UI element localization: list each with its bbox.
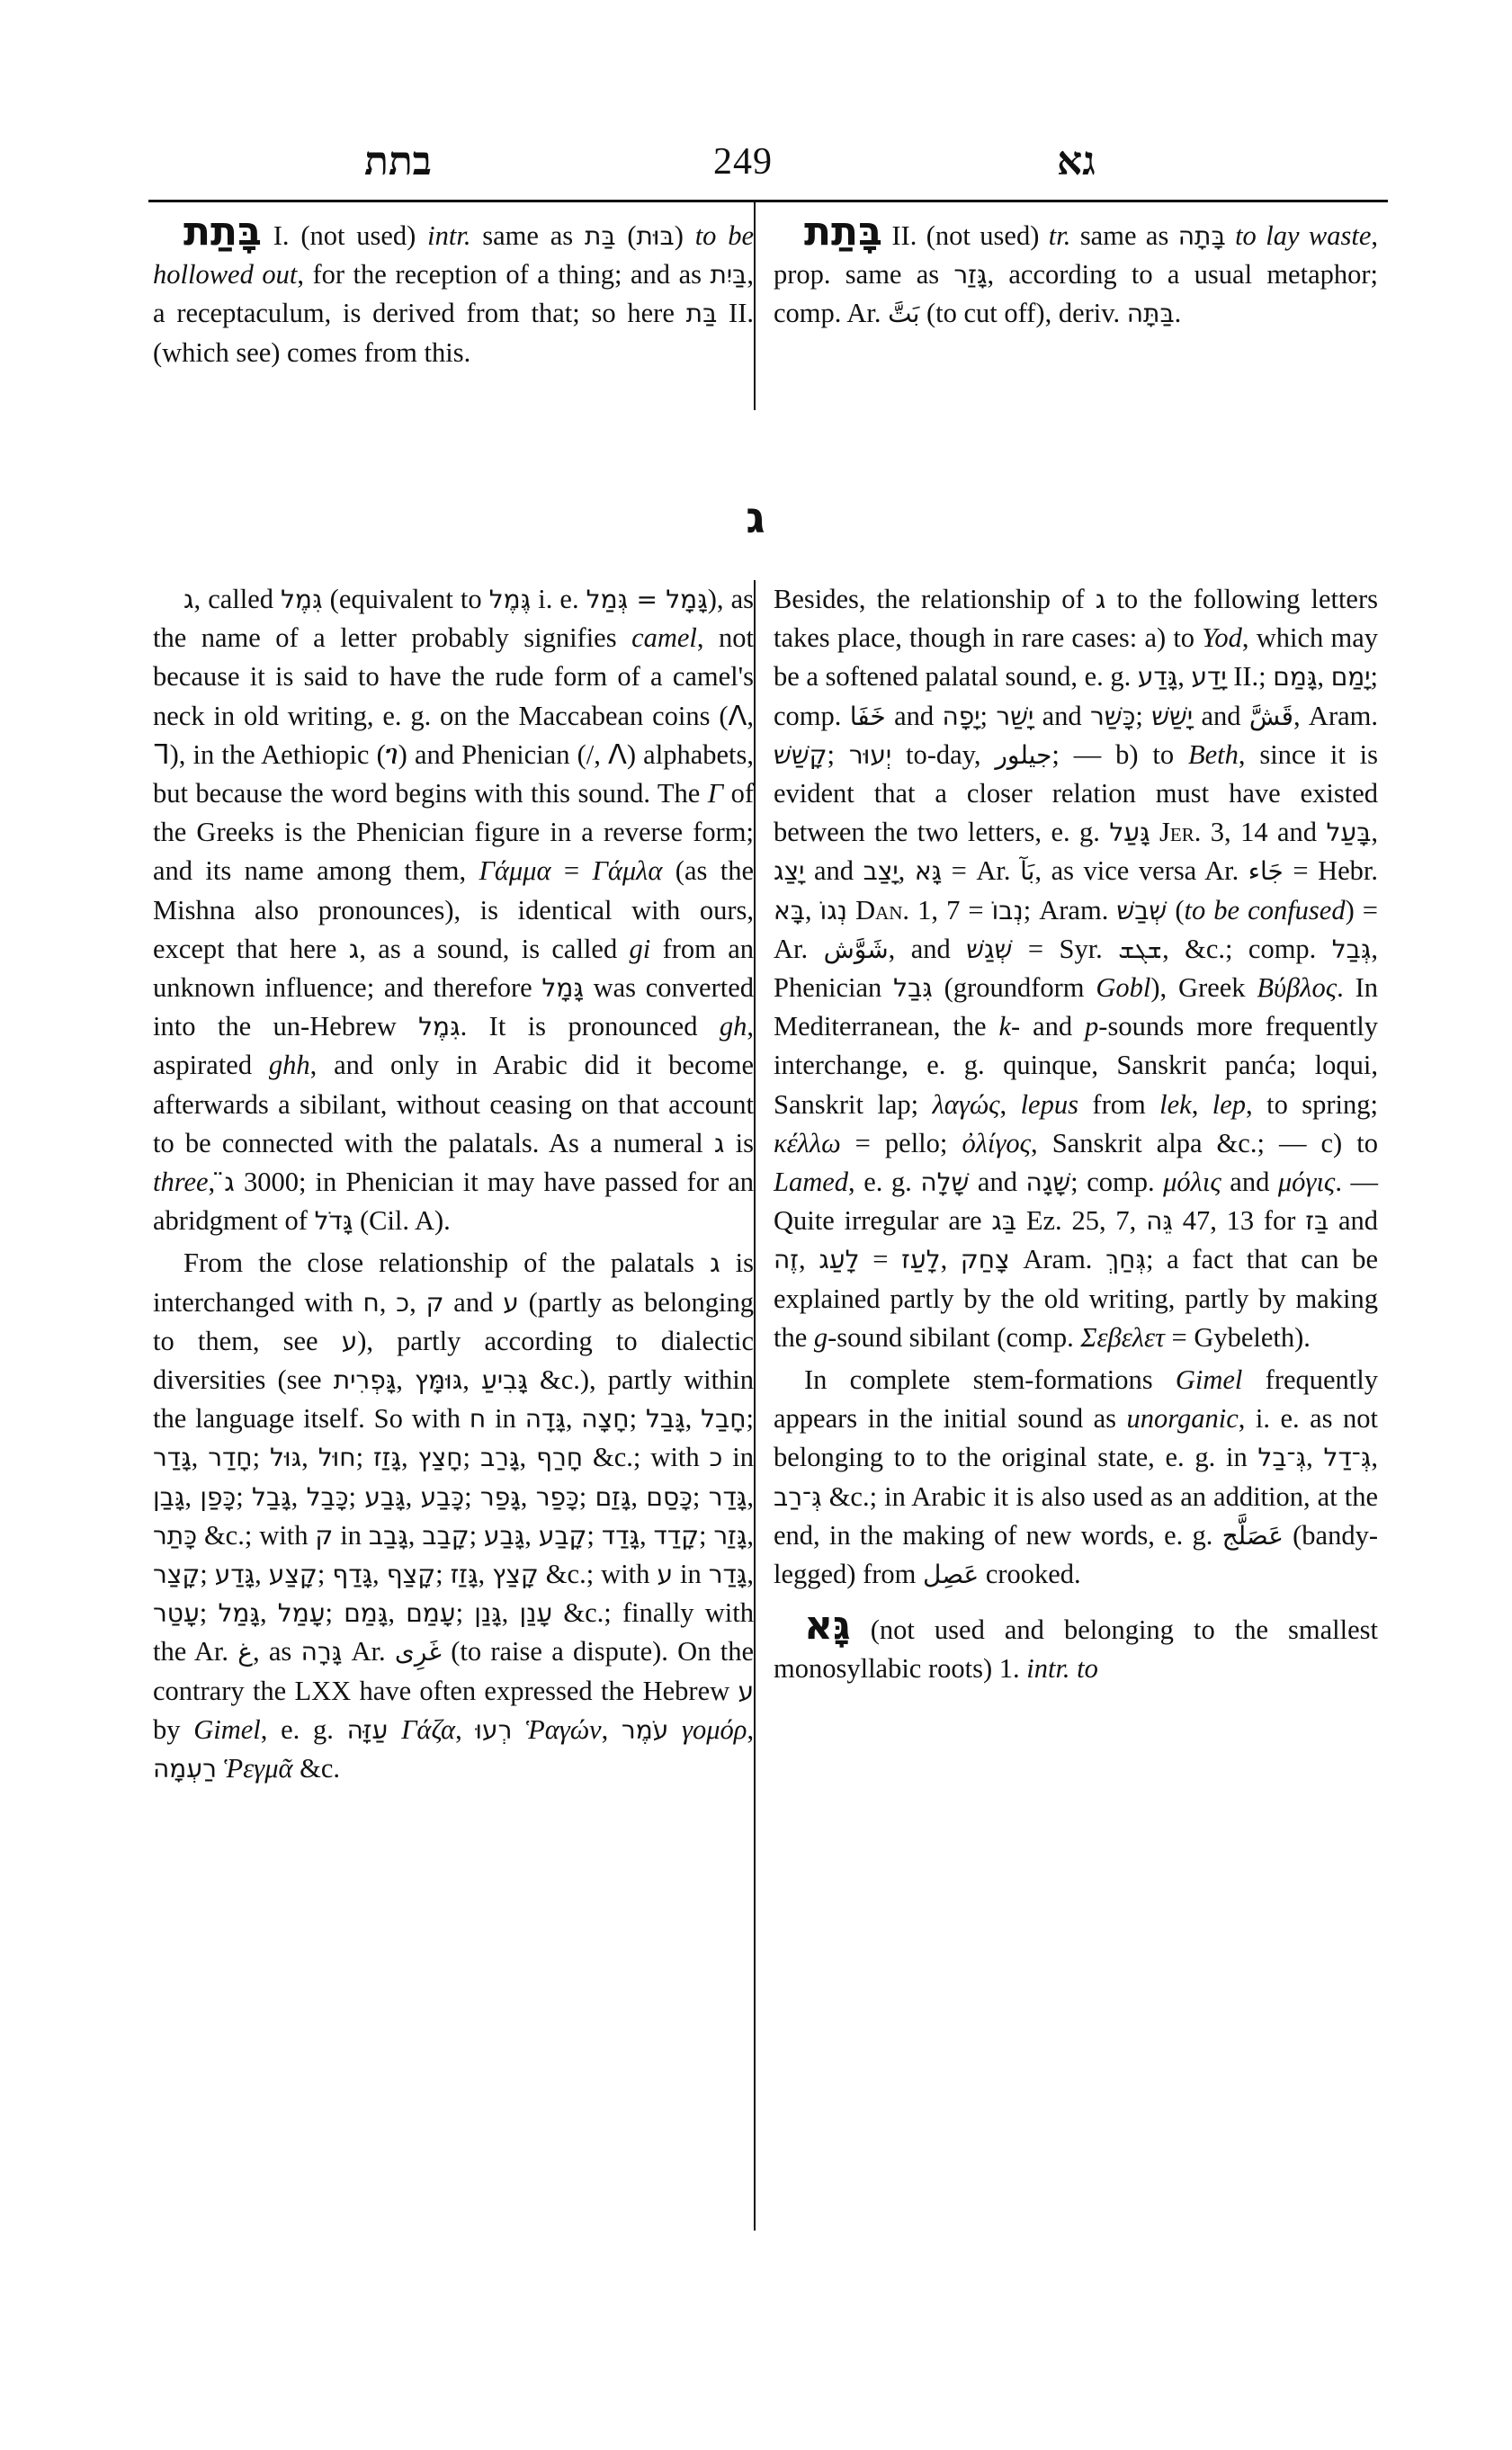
dictionary-page: בתת 249 גא בָּתַת I. (not used) intr. sa…	[0, 0, 1512, 2450]
italic-text: Gobl	[1096, 972, 1150, 1003]
hebrew-word: בָּעַל	[1326, 818, 1371, 847]
text-run	[388, 1714, 401, 1745]
text-run: ,	[301, 1442, 318, 1472]
hebrew-word: יָשַׁשׁ	[1151, 702, 1193, 731]
greek-word: κέλλω	[774, 1128, 841, 1158]
text-run: - and	[1011, 1011, 1085, 1042]
hebrew-word: ג	[349, 934, 360, 964]
hebrew-word: ח	[362, 1288, 379, 1318]
text-run: ,	[209, 1167, 225, 1197]
paragraph: גָּא (not used and belonging to the smal…	[774, 1606, 1378, 1688]
text-run	[1226, 220, 1235, 251]
italic-text: lek	[1159, 1089, 1192, 1120]
text-run: ,	[640, 1520, 654, 1551]
hebrew-word: גָּזַר	[953, 260, 987, 290]
hebrew-word: נְבוֹ	[992, 896, 1024, 925]
text-run: ,	[455, 1714, 475, 1745]
arabic-word: خَفَا	[850, 702, 886, 731]
hebrew-word: גָּזַר	[713, 1521, 747, 1551]
text-run	[847, 895, 855, 925]
italic-text: three	[153, 1167, 209, 1197]
arabic-word: غ	[237, 1637, 253, 1667]
text-run: ,	[406, 1481, 421, 1512]
hebrew-word: ק	[315, 1521, 333, 1551]
hebrew-word: שָׁגָה	[1026, 1167, 1071, 1197]
greek-word: γομόρ	[682, 1714, 747, 1745]
text-run: ,	[520, 1442, 537, 1472]
text-run: Besides, the relationship of	[774, 584, 1096, 614]
hebrew-word: קָבַב	[422, 1521, 469, 1551]
hebrew-word: גָּבִיעַ	[481, 1365, 528, 1395]
hebrew-word: כָּפַן	[200, 1482, 236, 1512]
hebrew-word: עָטַר	[153, 1598, 200, 1628]
text-run: =	[551, 855, 593, 886]
text-run	[217, 1753, 224, 1784]
text-run: ,	[941, 1244, 961, 1274]
hebrew-word: חוּל	[318, 1443, 356, 1472]
text-run: and	[443, 1287, 503, 1318]
hebrew-word: זֶה	[774, 1245, 799, 1274]
greek-word: Ῥεγμᾶ	[224, 1753, 293, 1784]
text-run: ; — b) to	[1051, 739, 1188, 770]
greek-word: Γάζα	[401, 1714, 455, 1745]
hebrew-word: בָּא	[774, 896, 805, 925]
greek-word: μόγις	[1278, 1167, 1335, 1197]
hebrew-word: שְׁבַשׁ	[1116, 896, 1167, 925]
text-run: II. (not used)	[882, 220, 1049, 251]
text-run: , Sanskrit alpa &c.; — c) to	[1031, 1128, 1378, 1158]
hebrew-word: גֵּה	[1146, 1206, 1173, 1236]
entry-headword: בָּתַת	[183, 209, 262, 255]
text-run: ,	[409, 1287, 426, 1318]
hebrew-word: גָּבַן	[153, 1482, 184, 1512]
hebrew-word: גָּדַר	[153, 1443, 192, 1472]
text-run: ,	[1371, 817, 1378, 847]
text-run	[512, 1714, 525, 1745]
entry-paragraph: בָּתַת I. (not used) intr. same as בַּת …	[153, 212, 754, 372]
hebrew-word: גָּדַר	[709, 1482, 747, 1512]
hebrew-word: קָדַד	[654, 1521, 699, 1551]
text-run: and	[1033, 701, 1090, 731]
hebrew-word: ג	[710, 1248, 720, 1278]
hebrew-word: גָּזַם	[595, 1482, 631, 1512]
text-run: ,	[479, 1559, 493, 1589]
hebrew-word: גָּבַע	[484, 1521, 524, 1551]
greek-word: Γάμλα	[593, 855, 663, 886]
greek-word: Σεβελετ	[1080, 1322, 1165, 1353]
section-letter-gimel: ג	[720, 493, 792, 543]
paragraph: From the close relationship of the palat…	[153, 1244, 754, 1788]
column-divider-top	[754, 201, 756, 410]
hebrew-word: קָצַר	[153, 1560, 200, 1589]
greek-word: ὀλίγος	[962, 1128, 1031, 1158]
text-run: ;	[349, 1481, 365, 1512]
hebrew-word: ג	[1096, 585, 1106, 614]
text-run	[668, 1714, 682, 1745]
hebrew-word: גְּ־דַל	[1324, 1443, 1372, 1472]
text-run: )	[675, 220, 695, 251]
hebrew-word: גָּדֹל	[315, 1206, 353, 1236]
hebrew-word: גָּבַע	[364, 1482, 405, 1512]
hebrew-word: בַּתָּה	[1127, 299, 1175, 328]
hebrew-word: כָּפַר	[536, 1482, 579, 1512]
hebrew-word: בַּג	[991, 1206, 1016, 1236]
hebrew-word: גְּ־בַל	[1257, 1443, 1306, 1472]
hebrew-word: גִּמֶל	[418, 1012, 460, 1042]
hebrew-word: יָצַב	[863, 856, 899, 886]
text-run: . It is pronounced	[461, 1011, 720, 1042]
text-run: ,	[1371, 1442, 1378, 1472]
right-column: Besides, the relationship of ג to the fo…	[774, 580, 1378, 1689]
italic-text: k	[999, 1011, 1012, 1042]
hebrew-word: נְגוֹ	[820, 896, 847, 925]
hebrew-word: עָמַם	[406, 1598, 455, 1628]
arabic-word: ܫܓܫ	[1118, 934, 1162, 964]
italic-text: to lay waste	[1235, 220, 1371, 251]
hebrew-word: כָּסַם	[646, 1482, 693, 1512]
hebrew-word: גָּמַל	[218, 1598, 259, 1628]
text-run: ;	[630, 1403, 646, 1434]
hebrew-word: יָשַׁר	[996, 702, 1033, 731]
text-run: , as vice versa Ar.	[1034, 855, 1248, 886]
text-run: i. e.	[531, 584, 586, 614]
text-run: ,	[184, 1481, 200, 1512]
hebrew-word: כָּבַל	[307, 1482, 349, 1512]
text-run: ,	[372, 1559, 387, 1589]
arabic-word: جَاء	[1248, 856, 1284, 886]
hebrew-word: גָּא	[915, 856, 942, 886]
text-run: to-day,	[891, 739, 995, 770]
italic-text: gi	[630, 934, 651, 964]
text-run: and	[1221, 1167, 1278, 1197]
text-run: , as a sound, is called	[359, 934, 629, 964]
text-run: ,	[401, 1442, 418, 1472]
text-run: ;	[586, 1520, 601, 1551]
text-run: ;	[200, 1559, 215, 1589]
hebrew-word: עָמַל	[278, 1598, 326, 1628]
text-run: ,	[255, 1559, 269, 1589]
text-run: &c.; with	[583, 1442, 709, 1472]
hebrew-word: שְׁגַשׁ	[966, 934, 1012, 964]
hebrew-word: חָצָה	[581, 1404, 629, 1434]
hebrew-word: ע	[342, 1327, 358, 1356]
hebrew-word: בַּז	[1305, 1206, 1329, 1236]
text-run: ,	[799, 1244, 819, 1274]
hebrew-word: כָּבַע	[421, 1482, 465, 1512]
hebrew-word: כ	[710, 1443, 723, 1472]
hebrew-word: גָּבַל	[252, 1482, 291, 1512]
text-run: ,	[524, 1520, 539, 1551]
hebrew-word: עֹמֶר	[622, 1715, 668, 1745]
text-run: ,	[1192, 1089, 1212, 1120]
hebrew-word: חָדַר	[208, 1443, 252, 1472]
text-run: , e. g.	[848, 1167, 920, 1197]
italic-text: Lamed	[774, 1167, 848, 1197]
hebrew-word: גָּדַד	[602, 1521, 640, 1551]
paragraph: In complete stem-formations Gimel freque…	[774, 1361, 1378, 1594]
hebrew-word: ג	[183, 585, 194, 614]
hebrew-word: עַזָּה	[347, 1715, 389, 1745]
text-run: = pello;	[841, 1128, 962, 1158]
text-run: (Cil. A).	[353, 1205, 450, 1236]
hebrew-word: ע	[657, 1560, 673, 1589]
hebrew-word: יְעוּר	[849, 740, 891, 770]
page-number: 249	[713, 135, 773, 189]
italic-text: camel	[631, 622, 697, 653]
text-run: 47, 13 for	[1173, 1205, 1305, 1236]
text-run: ;	[470, 1520, 484, 1551]
text-run: ;	[1135, 701, 1151, 731]
text-run: , &c.; comp.	[1162, 934, 1332, 964]
text-run: , and	[889, 934, 967, 964]
text-run: ;	[463, 1442, 480, 1472]
text-run: =	[860, 1244, 902, 1274]
text-run: ;	[579, 1481, 595, 1512]
text-run: by	[153, 1714, 193, 1745]
text-run: ; Aram.	[1024, 895, 1117, 925]
text-run: in	[673, 1559, 709, 1589]
hebrew-word: גָּמָל = גְּמַל	[586, 585, 708, 614]
text-run: ;	[699, 1520, 713, 1551]
text-run: (	[616, 220, 637, 251]
text-run: , to spring;	[1246, 1089, 1378, 1120]
hebrew-word: גָּזַז	[373, 1443, 401, 1472]
hebrew-word: גָּנַן	[474, 1598, 501, 1628]
header-left-catchword: בתת	[364, 135, 432, 189]
hebrew-word: גָּעַל	[1109, 818, 1150, 847]
text-run: 3000; in Phenician it may have passed fo…	[153, 1167, 754, 1236]
arabic-word: غَرِى	[395, 1637, 442, 1667]
text-run: same as	[1070, 220, 1177, 251]
entry-headword: בָּתַת	[804, 209, 882, 255]
arabic-word: شَوَّش	[824, 934, 889, 964]
hebrew-word: גָּדַף	[332, 1560, 372, 1589]
text-run: ,	[396, 1364, 415, 1395]
hebrew-word: גָּפַר	[480, 1482, 521, 1512]
hebrew-word: בַּת	[686, 299, 718, 328]
hebrew-word: גּוּל	[270, 1443, 301, 1472]
text-run: (groundform	[933, 972, 1096, 1003]
text-run: ,	[1000, 1089, 1021, 1120]
hebrew-word: גָּמָל	[541, 973, 583, 1003]
hebrew-word: גְּבַל	[1332, 934, 1372, 964]
text-run: and	[1329, 1205, 1378, 1236]
italic-text: unorganic	[1127, 1403, 1239, 1434]
text-run: ,	[291, 1481, 307, 1512]
text-run: same as	[470, 220, 584, 251]
hebrew-word: ג	[714, 1129, 725, 1158]
left-column: ג, called גִּמֶל (equivalent to גֶּמֶל i…	[153, 580, 754, 1788]
greek-word: Βύβλος	[1257, 972, 1337, 1003]
text-run: -sound sibilant (comp.	[828, 1322, 1080, 1353]
text-run: ,	[566, 1403, 582, 1434]
hebrew-word: גָּמַם	[344, 1598, 388, 1628]
italic-text: lep	[1212, 1089, 1246, 1120]
header-right-catchword: גא	[1057, 135, 1096, 189]
italic-text: gh	[720, 1011, 747, 1042]
text-run: ,	[192, 1442, 209, 1472]
text-run: ;	[828, 739, 849, 770]
entry-batat-2: בָּתַת II. (not used) tr. same as בָּתָה…	[774, 212, 1378, 334]
text-run: , called	[194, 584, 282, 614]
text-run: &c.; with	[197, 1520, 315, 1551]
arabic-word: قَشَّ	[1249, 702, 1293, 731]
text-run: = Gybeleth).	[1165, 1322, 1311, 1353]
text-run: Ez. 25, 7,	[1016, 1205, 1146, 1236]
hebrew-word: גָּדַר	[709, 1560, 747, 1589]
column-divider-bottom	[754, 580, 756, 2231]
text-run: = Syr.	[1012, 934, 1118, 964]
text-run: Ar.	[342, 1636, 395, 1667]
text-run: ;	[435, 1559, 451, 1589]
text-run: ,	[899, 855, 915, 886]
hebrew-word: גָּפְרִית	[334, 1365, 397, 1395]
hebrew-word: בַּת	[585, 221, 616, 251]
italic-text: Beth	[1188, 739, 1239, 770]
text-run: ,	[685, 1403, 702, 1434]
text-run: ;	[253, 1442, 270, 1472]
greek-word: Γάμμα	[479, 855, 551, 886]
text-run: ;	[236, 1481, 252, 1512]
entry-paragraph: בָּתַת II. (not used) tr. same as בָּתָה…	[774, 212, 1378, 334]
text-run: , Aram.	[1293, 701, 1378, 731]
text-run: ,	[1177, 661, 1191, 692]
text-run: From the close relationship of the palat…	[183, 1247, 710, 1278]
hebrew-word: יָפָה	[942, 702, 980, 731]
hebrew-word: רַעְמָה	[153, 1754, 217, 1784]
hebrew-word: קָבַע	[539, 1521, 587, 1551]
text-run: ,	[388, 1597, 406, 1628]
hebrew-word: ק	[426, 1288, 444, 1318]
text-run: ;	[980, 701, 997, 731]
text-run: , for the reception of a thing; and as	[297, 259, 710, 290]
text-run: = Hebr.	[1284, 855, 1378, 886]
paragraph: ג, called גִּמֶל (equivalent to גֶּמֶל i…	[153, 580, 754, 1240]
text-run: 1, 7 =	[909, 895, 992, 925]
hebrew-word: גָּרַב	[480, 1443, 520, 1472]
hebrew-word: צָחַק	[961, 1245, 1010, 1274]
text-run: , as	[253, 1636, 301, 1667]
running-header: בתת 249 גא	[148, 135, 1390, 198]
hebrew-word: יָמַם	[1331, 662, 1371, 692]
text-run: ,	[260, 1597, 278, 1628]
text-run: ,	[462, 1364, 481, 1395]
text-run: and	[1193, 701, 1249, 731]
text-run: ;	[356, 1442, 373, 1472]
text-run: ,	[747, 1714, 754, 1745]
hebrew-word: גָּזַז	[451, 1560, 479, 1589]
hebrew-word: חָבַל	[701, 1404, 746, 1434]
hebrew-word: ג̈	[224, 1167, 235, 1197]
hebrew-word: לָעַז	[901, 1245, 940, 1274]
text-run: (equivalent to	[323, 584, 489, 614]
italic-text: ghh	[269, 1050, 310, 1080]
text-run: in	[486, 1403, 525, 1434]
hebrew-word: כ	[396, 1288, 409, 1318]
italic-text: lepus	[1021, 1089, 1078, 1120]
arabic-word: عَصِل	[923, 1560, 979, 1589]
text-run: ,	[631, 1481, 646, 1512]
hebrew-word: יָדַע	[1192, 662, 1227, 692]
text-run	[1150, 817, 1159, 847]
book-reference: Jer.	[1159, 817, 1201, 847]
text-run: and	[886, 701, 943, 731]
text-run: ,	[747, 1481, 754, 1512]
text-run: in	[333, 1520, 369, 1551]
italic-text: Gimel	[1176, 1364, 1243, 1395]
italic-text: tr.	[1049, 220, 1071, 251]
arabic-word: بَآ	[1020, 856, 1034, 886]
hebrew-word: גָּדַע	[1138, 662, 1177, 692]
hebrew-word: בָּתָה	[1178, 221, 1226, 251]
hebrew-word: קָצַץ	[492, 1560, 539, 1589]
greek-word: λαγώς	[933, 1089, 1000, 1120]
text-run: ,	[747, 1520, 754, 1551]
greek-word: μόλις	[1163, 1167, 1221, 1197]
text-run: in	[722, 1442, 754, 1472]
hebrew-word: גָּרָה	[301, 1637, 343, 1667]
hebrew-word: חָצַץ	[418, 1443, 463, 1472]
hebrew-word: ח	[470, 1404, 486, 1434]
italic-text: Yod	[1202, 622, 1242, 653]
entry-batat-1: בָּתַת I. (not used) intr. same as בַּת …	[153, 212, 754, 372]
text-run: ,	[1317, 661, 1330, 692]
text-run: = Ar.	[942, 855, 1020, 886]
hebrew-word: בַּיִת	[711, 260, 747, 290]
text-run: II.;	[1227, 661, 1274, 692]
text-run: ;	[200, 1597, 219, 1628]
text-run: and	[804, 855, 863, 886]
italic-text: Gimel	[193, 1714, 261, 1745]
hebrew-word: קָצַע	[269, 1560, 318, 1589]
arabic-word: عَصَلَّج	[1222, 1521, 1284, 1551]
text-run: ), Greek	[1150, 972, 1257, 1003]
hebrew-word: ע	[738, 1677, 754, 1706]
hebrew-word: קָשַׁשׁ	[774, 740, 828, 770]
text-run: Aram.	[1010, 1244, 1105, 1274]
text-run: 3, 14 and	[1201, 817, 1326, 847]
text-run: from	[1078, 1089, 1159, 1120]
text-run: In complete stem-formations	[804, 1364, 1176, 1395]
text-run: and	[969, 1167, 1025, 1197]
text-run: (to cut off), deriv.	[919, 298, 1126, 328]
text-run: &c.; with	[539, 1559, 658, 1589]
greek-word: Γ	[708, 778, 723, 809]
hebrew-word: גְּחַךְ	[1105, 1245, 1146, 1274]
arabic-word: جيلور	[995, 740, 1051, 770]
text-run: ,	[502, 1597, 520, 1628]
greek-word: Ῥαγών	[525, 1714, 601, 1745]
hebrew-word: בּוּת	[637, 221, 675, 251]
text-run: ;	[326, 1597, 344, 1628]
hebrew-word: גְּ־רַב	[774, 1482, 822, 1512]
arabic-word: بَتَّ	[888, 299, 919, 328]
text-run: ,	[408, 1520, 423, 1551]
text-run: , e. g.	[261, 1714, 347, 1745]
text-run: &c.	[293, 1753, 341, 1784]
hebrew-word: יָצַג	[774, 856, 804, 886]
text-run: ; comp.	[1070, 1167, 1163, 1197]
hebrew-word: שָׁלָה	[920, 1167, 969, 1197]
hebrew-word: ע	[503, 1288, 519, 1318]
italic-text: intr.	[427, 220, 470, 251]
text-run: ;	[747, 1403, 754, 1434]
text-run: is	[724, 1128, 754, 1158]
header-rule	[148, 200, 1388, 202]
text-run: ,	[521, 1481, 536, 1512]
hebrew-word: כָּשַׁר	[1090, 702, 1135, 731]
italic-text: intr. to	[1026, 1653, 1098, 1684]
